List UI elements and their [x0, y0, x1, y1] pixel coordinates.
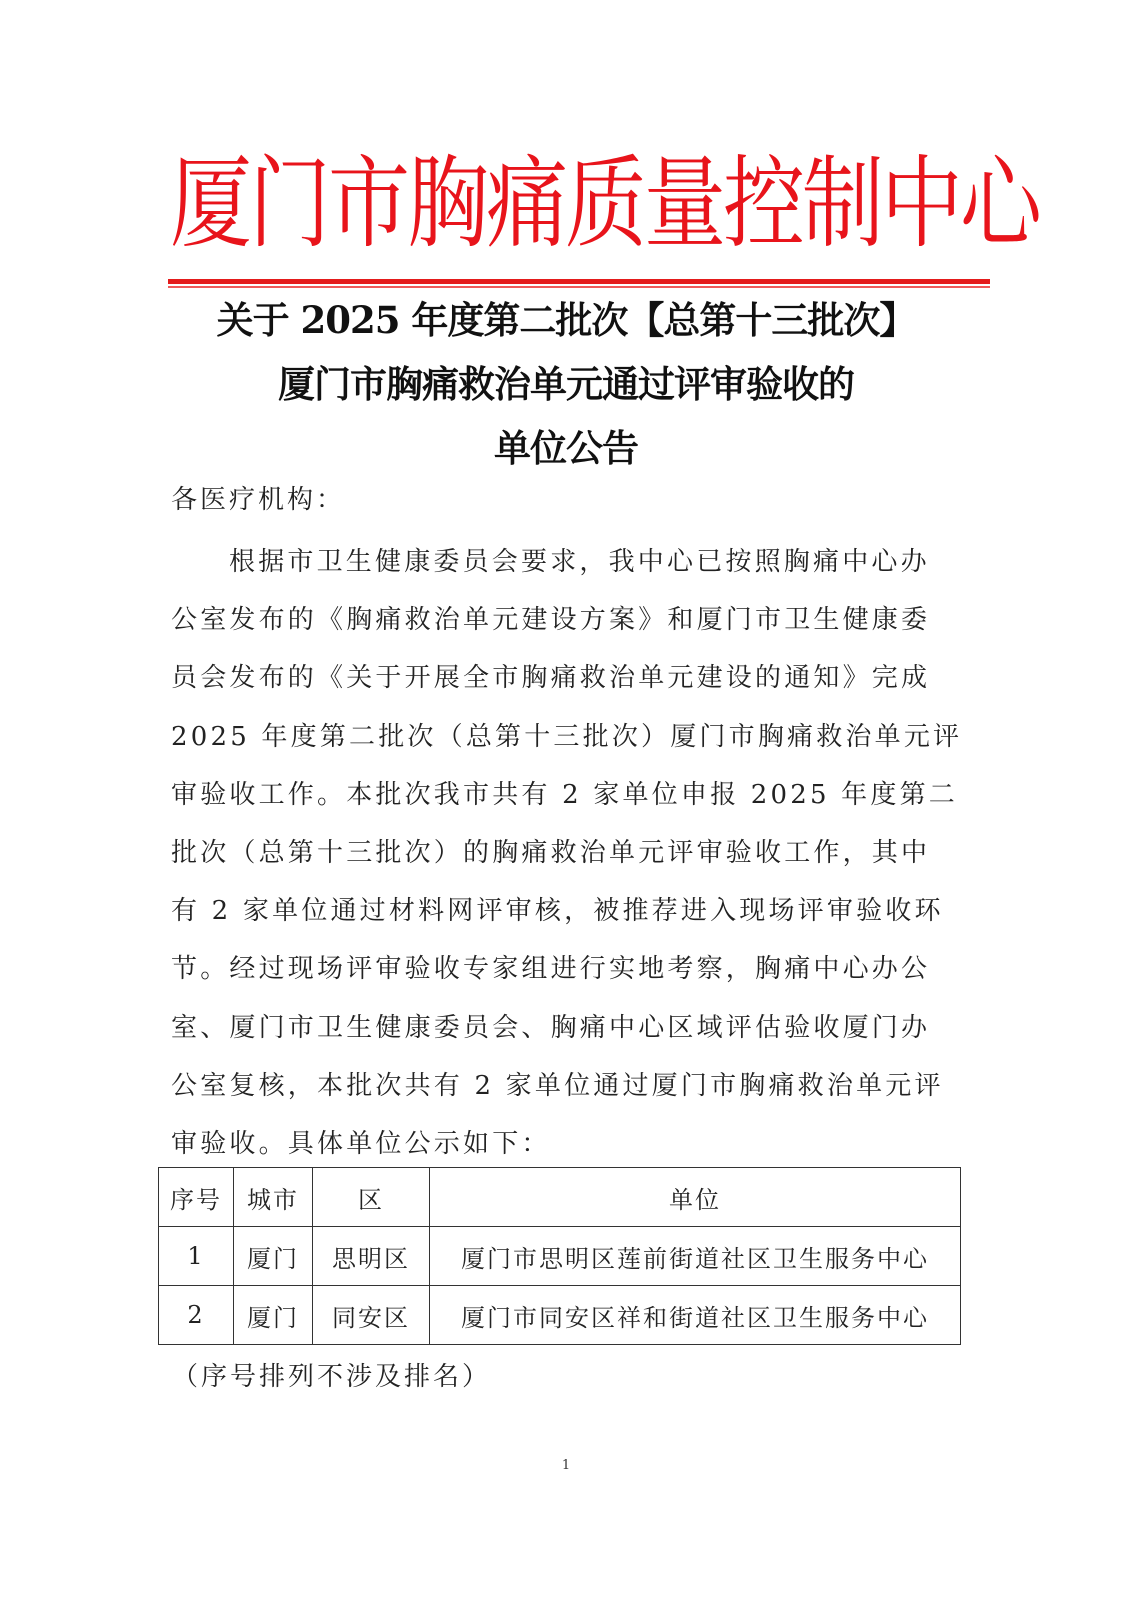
table-header-row: 序号 城市 区 单位 [159, 1168, 961, 1227]
body-line: 有 2 家单位通过材料网评审核，被推荐进入现场评审验收环 [171, 882, 941, 940]
header-index: 序号 [159, 1168, 234, 1227]
body-line: 根据市卫生健康委员会要求，我中心已按照胸痛中心办 [171, 533, 941, 591]
body-line: 室、厦门市卫生健康委员会、胸痛中心区域评估验收厦门办 [171, 999, 941, 1057]
document-title-line-2: 厦门市胸痛救治单元通过评审验收的 [160, 352, 972, 416]
cell-city: 厦门 [234, 1286, 313, 1345]
masthead-rule-thick [168, 279, 990, 284]
cell-index: 2 [159, 1286, 234, 1345]
cell-district: 同安区 [313, 1286, 430, 1345]
cell-unit: 厦门市思明区莲前街道社区卫生服务中心 [430, 1227, 961, 1286]
body-line: 公室发布的《胸痛救治单元建设方案》和厦门市卫生健康委 [171, 591, 941, 649]
body-line: 审验收。具体单位公示如下： [171, 1115, 941, 1173]
cell-city: 厦门 [234, 1227, 313, 1286]
masthead: 厦门市胸痛质量控制中心 [170, 150, 988, 260]
masthead-title: 厦门市胸痛质量控制中心 [170, 138, 1039, 272]
body-line: 批次（总第十三批次）的胸痛救治单元评审验收工作，其中 [171, 824, 941, 882]
cell-unit: 厦门市同安区祥和街道社区卫生服务中心 [430, 1286, 961, 1345]
body-line: 2025 年度第二批次（总第十三批次）厦门市胸痛救治单元评 [171, 708, 941, 766]
document-title: 关于 2025 年度第二批次【总第十三批次】 厦门市胸痛救治单元通过评审验收的 … [160, 288, 972, 480]
table-row: 1 厦门 思明区 厦门市思明区莲前街道社区卫生服务中心 [159, 1227, 961, 1286]
document-title-line-3: 单位公告 [160, 416, 972, 480]
ranking-note: （序号排列不涉及排名） [172, 1357, 491, 1397]
body-line: 员会发布的《关于开展全市胸痛救治单元建设的通知》完成 [171, 649, 941, 707]
document-title-line-1: 关于 2025 年度第二批次【总第十三批次】 [160, 288, 972, 352]
cell-index: 1 [159, 1227, 234, 1286]
body-line: 公室复核，本批次共有 2 家单位通过厦门市胸痛救治单元评 [171, 1057, 941, 1115]
body-line: 节。经过现场评审验收专家组进行实地考察，胸痛中心办公 [171, 940, 941, 998]
cell-district: 思明区 [313, 1227, 430, 1286]
header-district: 区 [313, 1168, 430, 1227]
body-line: 审验收工作。本批次我市共有 2 家单位申报 2025 年度第二 [171, 766, 941, 824]
body-paragraph: 根据市卫生健康委员会要求，我中心已按照胸痛中心办 公室发布的《胸痛救治单元建设方… [171, 533, 941, 1173]
header-unit: 单位 [430, 1168, 961, 1227]
header-city: 城市 [234, 1168, 313, 1227]
document-page: 厦门市胸痛质量控制中心 关于 2025 年度第二批次【总第十三批次】 厦门市胸痛… [0, 0, 1132, 1600]
approved-units-table: 序号 城市 区 单位 1 厦门 思明区 厦门市思明区莲前街道社区卫生服务中心 2… [158, 1167, 961, 1345]
salutation: 各医疗机构： [171, 480, 345, 520]
page-number: 1 [0, 1458, 1132, 1473]
table-row: 2 厦门 同安区 厦门市同安区祥和街道社区卫生服务中心 [159, 1286, 961, 1345]
